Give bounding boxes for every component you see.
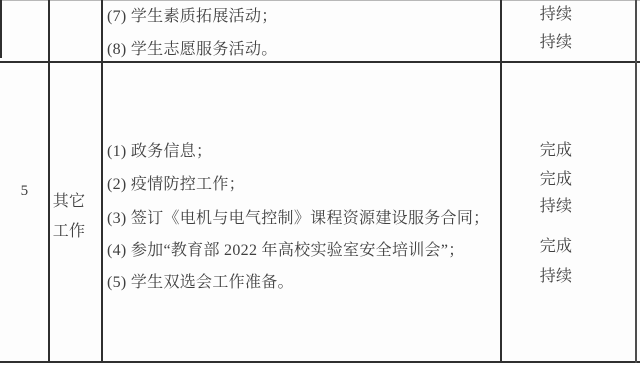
task-item-5: (5) 学生双选会工作准备。 bbox=[107, 274, 499, 292]
task-item-3: (3) 签订《电机与电气控制》课程资源建设服务合同； bbox=[107, 210, 499, 228]
task-status-2: 完成 bbox=[501, 171, 611, 189]
category-label-line1: 其它 bbox=[44, 193, 94, 211]
task-status-8: 持续 bbox=[501, 34, 611, 52]
task-item-4: (4) 参加“教育部 2022 年高校实验室安全培训会”； bbox=[107, 242, 499, 260]
task-status-1: 完成 bbox=[501, 142, 611, 160]
task-status-5: 持续 bbox=[501, 268, 611, 286]
task-item-7: (7) 学生素质拓展活动； bbox=[107, 8, 499, 26]
column-divider-category bbox=[101, 0, 103, 363]
category-label-line2: 工作 bbox=[44, 223, 94, 241]
table-bottom-border bbox=[0, 361, 640, 363]
table-border-right bbox=[635, 0, 637, 363]
table-top-edge bbox=[0, 0, 640, 1]
task-status-3: 持续 bbox=[501, 198, 611, 216]
task-item-1: (1) 政务信息； bbox=[107, 143, 499, 161]
table-border-left-partial bbox=[0, 0, 2, 58]
task-status-7: 持续 bbox=[501, 6, 611, 24]
task-item-8: (8) 学生志愿服务活动。 bbox=[107, 41, 499, 59]
table-row-divider bbox=[0, 61, 640, 63]
row-number: 5 bbox=[0, 182, 49, 200]
task-status-4: 完成 bbox=[501, 238, 611, 256]
task-item-2: (2) 疫情防控工作； bbox=[107, 176, 499, 194]
document-page: (7) 学生素质拓展活动； 持续 (8) 学生志愿服务活动。 持续 5 其它 工… bbox=[0, 0, 640, 365]
